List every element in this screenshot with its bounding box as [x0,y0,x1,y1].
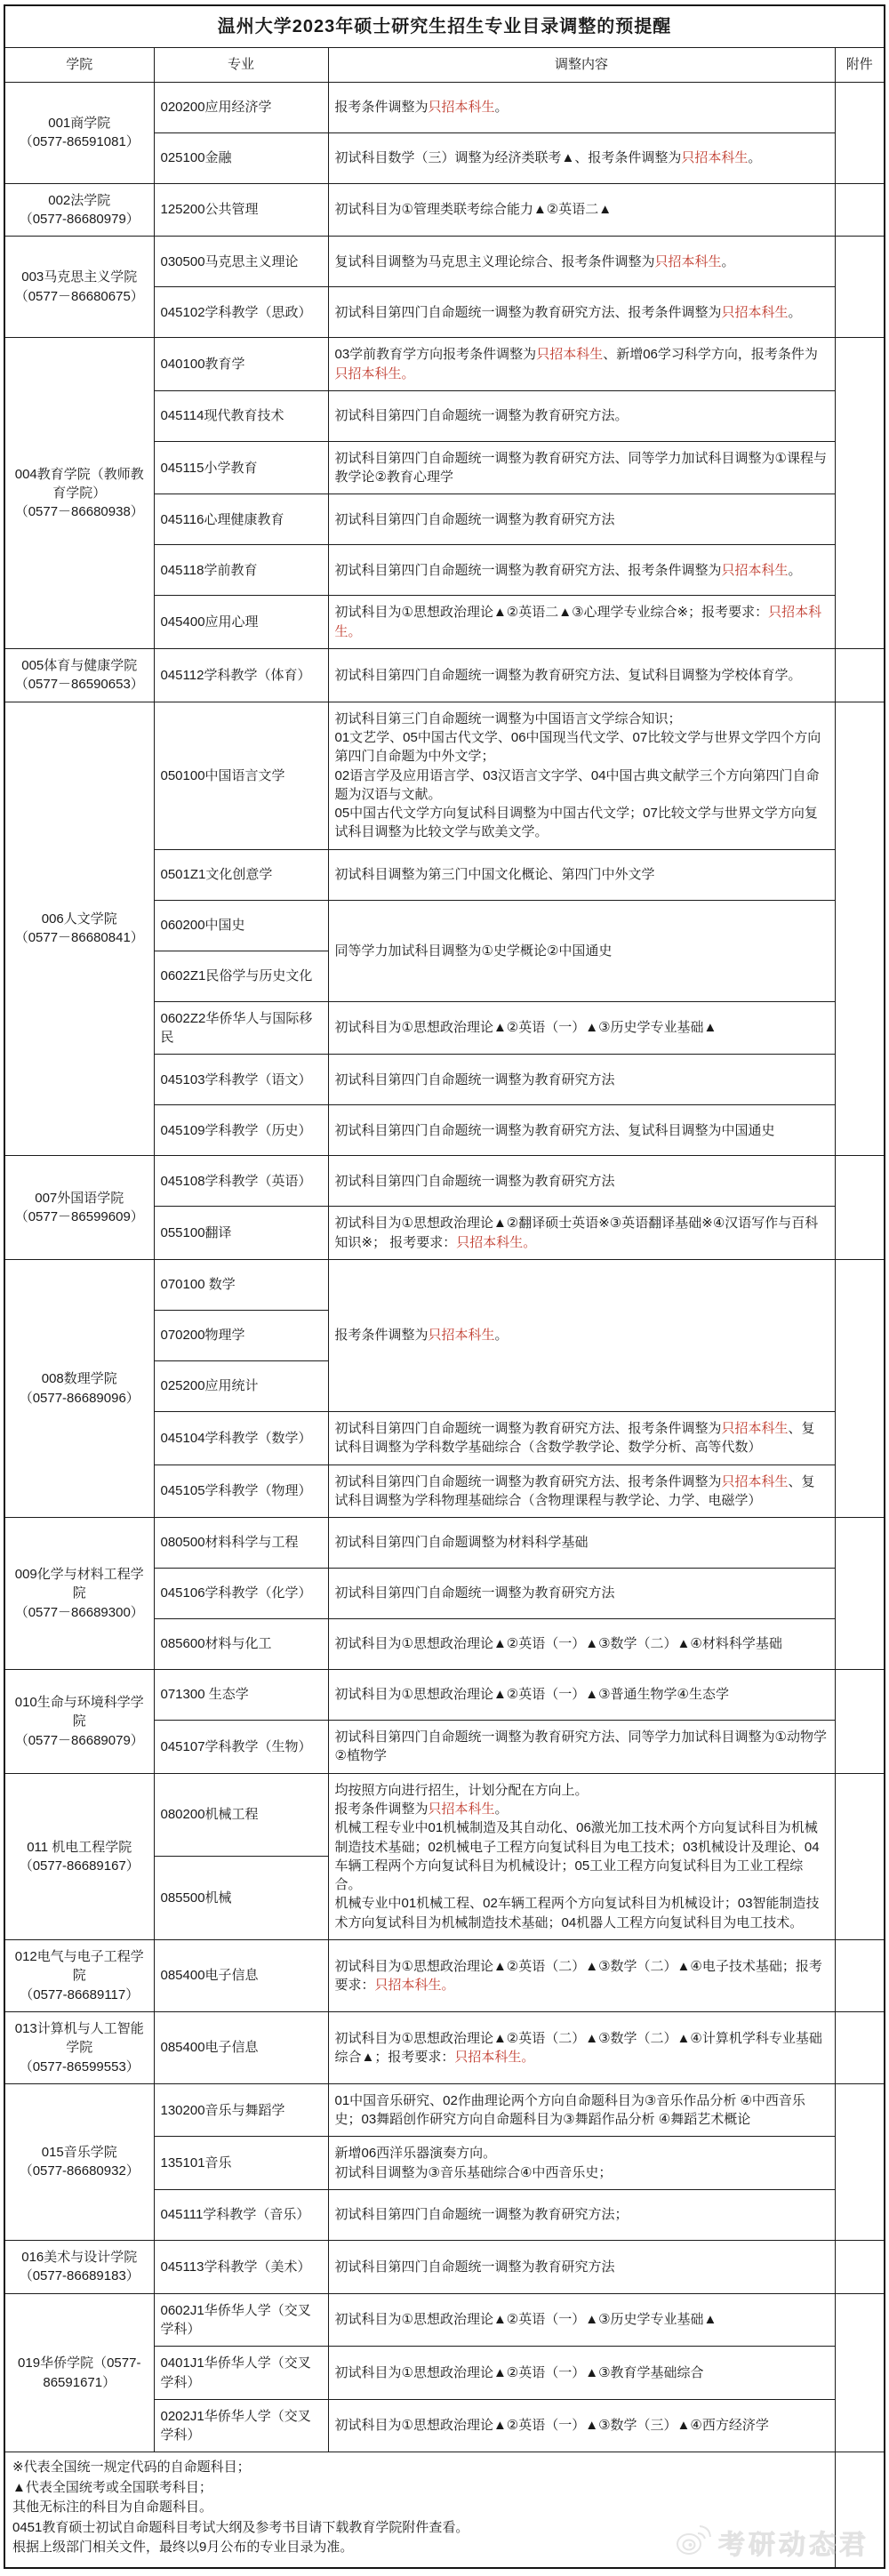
college-cell: 006人文学院 （0577－86680841） [4,702,154,1156]
adjustment-content-cell: 初试科目为①思想政治理论▲②英语二▲③心理学专业综合※；报考要求：只招本科生。 [328,596,835,649]
adjustment-content-cell: 初试科目第四门自命题统一调整为教育研究方法； [328,2190,835,2241]
note-line: 根据上级部门相关文件，最终以9月公布的专业目录为准。 [12,2538,828,2558]
adjustment-content-cell: 初试科目为①思想政治理论▲②英语（一）▲③普通生物学④生态学 [328,1670,835,1721]
highlighted-text: 只招本科生 [655,254,722,269]
major-cell: 070200物理学 [154,1310,328,1360]
table-row: 006人文学院 （0577－86680841）050100中国语言文学初试科目第… [4,702,885,849]
major-cell: 0501Z1文化创意学 [154,849,328,900]
adjustment-content-cell: 初试科目第四门自命题统一调整为教育研究方法 [328,2241,835,2294]
catalog-table: 温州大学2023年硕士研究生招生专业目录调整的预提醒 学院 专业 调整内容 附件… [4,4,885,2569]
column-header-adjustment: 调整内容 [328,48,835,82]
attachment-cell-empty [835,1940,885,2012]
major-cell: 085500机械 [154,1857,328,1940]
footnotes-cell: ※代表全国统一规定代码的自命题科目；▲代表全国统考或全国联考科目；其他无标注的科… [4,2452,835,2568]
adjustment-content-cell: 初试科目第四门自命题统一调整为教育研究方法 [328,1569,835,1619]
table-row: 012电气与电子工程学院 （0577-86689117）085400电子信息初试… [4,1940,885,2012]
table-row: 015音乐学院 （0577-86680932）130200音乐与舞蹈学01中国音… [4,2083,885,2137]
highlighted-text: 只招本科生 [722,1474,789,1489]
major-cell: 085600材料与化工 [154,1619,328,1670]
major-cell: 045111学科教学（音乐） [154,2190,328,2241]
college-cell: 007外国语学院 （0577－86599609） [4,1156,154,1260]
table-row: 002法学院 （0577-86680979）125200公共管理初试科目为①管理… [4,183,885,237]
highlighted-text: 只招本科生 [681,150,748,165]
note-line: 0451教育硕士初试自命题科目考试大纲及参考书目请下载教育学院附件查看。 [12,2518,828,2539]
college-cell: 008数理学院 （0577-86689096） [4,1259,154,1517]
major-cell: 071300 生态学 [154,1670,328,1721]
college-cell: 013计算机与人工智能学院 （0577-86599553） [4,2011,154,2083]
adjustment-content-cell: 新增06西洋乐器演奏方向。 初试科目调整为③音乐基础综合④中西音乐史； [328,2137,835,2190]
attachment-cell-empty [835,237,885,338]
attachment-cell-empty [835,1518,885,1670]
major-cell: 045116心理健康教育 [154,494,328,545]
adjustment-content-cell: 初试科目为①思想政治理论▲②英语（一）▲③历史学专业基础▲ [328,1001,835,1055]
college-cell: 002法学院 （0577-86680979） [4,183,154,237]
adjustment-content-cell: 03学前教育学方向报考条件调整为只招本科生、新增06学习科学方向，报考条件为只招… [328,338,835,391]
major-cell: 130200音乐与舞蹈学 [154,2083,328,2137]
adjustment-content-cell: 初试科目数学（三）调整为经济类联考▲、报考条件调整为只招本科生。 [328,132,835,183]
adjustment-content-cell: 初试科目第四门自命题统一调整为教育研究方法 [328,1055,835,1105]
major-cell: 045107学科教学（生物） [154,1721,328,1774]
major-cell: 045115小学教育 [154,441,328,494]
college-cell: 003马克思主义学院 （0577－86680675） [4,237,154,338]
attachment-cell-empty [835,1156,885,1260]
attachment-cell-empty [835,183,885,237]
adjustment-content-cell: 初试科目第四门自命题统一调整为教育研究方法 [328,494,835,545]
attachment-cell-empty [835,2083,885,2240]
college-cell: 016美术与设计学院 （0577-86689183） [4,2241,154,2294]
college-cell: 009化学与材料工程学院 （0577－86689300） [4,1518,154,1670]
major-cell: 045400应用心理 [154,596,328,649]
adjustment-content-cell: 初试科目第四门自命题统一调整为教育研究方法、报考条件调整为只招本科生。 [328,545,835,596]
adjustment-content-cell: 初试科目为①思想政治理论▲②英语（一）▲③数学（二）▲④材料科学基础 [328,1619,835,1670]
adjustment-content-cell: 初试科目第四门自命题统一调整为教育研究方法、报考条件调整为只招本科生。 [328,287,835,338]
adjustment-content-cell: 初试科目第四门自命题调整为材料科学基础 [328,1518,835,1569]
highlighted-text: 只招本科生 [428,100,495,115]
highlighted-text: 只招本科生 [428,1328,495,1343]
major-cell: 080500材料科学与工程 [154,1518,328,1569]
major-cell: 045106学科教学（化学） [154,1569,328,1619]
college-cell: 019华侨学院（0577- 86591671） [4,2293,154,2452]
major-cell: 045105学科教学（物理） [154,1465,328,1518]
major-cell: 020200应用经济学 [154,82,328,132]
college-cell: 001商学院 （0577-86591081） [4,82,154,183]
column-header-college: 学院 [4,48,154,82]
table-row: 007外国语学院 （0577－86599609）045108学科教学（英语）初试… [4,1156,885,1207]
adjustment-content-cell: 初试科目为①思想政治理论▲②英语（一）▲③教育学基础综合 [328,2347,835,2400]
college-cell: 005体育与健康学院 （0577－86590653） [4,649,154,702]
table-row: 011 机电工程学院 （0577-86689167）080200机械工程均按照方… [4,1773,885,1857]
adjustment-content-cell: 初试科目第四门自命题统一调整为教育研究方法。 [328,390,835,441]
college-cell: 011 机电工程学院 （0577-86689167） [4,1773,154,1939]
major-cell: 135101音乐 [154,2137,328,2190]
table-row: 010生命与环境科学学院 （0577－86689079）071300 生态学初试… [4,1670,885,1721]
major-cell: 0202J1华侨华人学（交叉学科） [154,2399,328,2452]
table-row: 008数理学院 （0577-86689096）070100 数学报考条件调整为只… [4,1259,885,1310]
major-cell: 0401J1华侨华人学（交叉学科） [154,2347,328,2400]
table-row: 013计算机与人工智能学院 （0577-86599553）085400电子信息初… [4,2011,885,2083]
major-cell: 040100教育学 [154,338,328,391]
table-header-row: 学院 专业 调整内容 附件 [4,48,885,82]
table-row: 009化学与材料工程学院 （0577－86689300）080500材料科学与工… [4,1518,885,1569]
major-cell: 085400电子信息 [154,1940,328,2012]
major-cell: 025200应用统计 [154,1360,328,1411]
attachment-cell-empty [835,702,885,1156]
attachment-cell-empty [835,1670,885,1774]
column-header-major: 专业 [154,48,328,82]
adjustment-content-cell: 初试科目第四门自命题统一调整为教育研究方法、复试科目调整为中国通史 [328,1105,835,1156]
adjustment-content-cell: 初试科目为①思想政治理论▲②英语（二）▲③数学（二）▲④电子技术基础；报考要求：… [328,1940,835,2012]
table-row: 004教育学院（教师教育学院） （0577－86680938）040100教育学… [4,338,885,391]
note-line: ※代表全国统一规定代码的自命题科目； [12,2458,828,2478]
highlighted-text: 只招本科生。 [454,2050,534,2065]
adjustment-content-cell: 初试科目为①思想政治理论▲②翻译硕士英语※③英语翻译基础※④汉语写作与百科知识※… [328,1207,835,1260]
major-cell: 045103学科教学（语文） [154,1055,328,1105]
table-row: 019华侨学院（0577- 86591671）0602J1华侨华人学（交叉学科）… [4,2293,885,2347]
adjustment-content-cell: 报考条件调整为只招本科生。 [328,1259,835,1411]
major-cell: 045113学科教学（美术） [154,2241,328,2294]
major-cell: 045104学科教学（数学） [154,1411,328,1465]
attachment-cell-empty [835,2241,885,2294]
major-cell: 050100中国语言文学 [154,702,328,849]
major-cell: 045108学科教学（英语） [154,1156,328,1207]
table-row: 001商学院 （0577-86591081）020200应用经济学报考条件调整为… [4,82,885,132]
attachment-cell-empty [835,1773,885,1939]
attachment-cell-empty [835,649,885,702]
table-row: 005体育与健康学院 （0577－86590653）045112学科教学（体育）… [4,649,885,702]
adjustment-content-cell: 初试科目第四门自命题统一调整为教育研究方法、同等学力加试科目调整为①动物学②植物… [328,1721,835,1774]
major-cell: 0602J1华侨华人学（交叉学科） [154,2293,328,2347]
attachment-cell-empty [835,2452,885,2568]
table-row: 016美术与设计学院 （0577-86689183）045113学科教学（美术）… [4,2241,885,2294]
adjustment-content-cell: 初试科目第四门自命题统一调整为教育研究方法、复试科目调整为学校体育学。 [328,649,835,702]
major-cell: 125200公共管理 [154,183,328,237]
major-cell: 045112学科教学（体育） [154,649,328,702]
highlighted-text: 只招本科生 [722,305,789,320]
major-cell: 045114现代教育技术 [154,390,328,441]
highlighted-text: 只招本科生 [536,347,603,362]
adjustment-content-cell: 初试科目为①管理类联考综合能力▲②英语二▲ [328,183,835,237]
attachment-cell-empty [835,2293,885,2452]
attachment-cell-empty [835,338,885,649]
adjustment-content-cell: 初试科目第四门自命题统一调整为教育研究方法 [328,1156,835,1207]
highlighted-text: 只招本科生。 [375,1978,455,1993]
highlighted-text: 只招本科生 [722,1421,789,1436]
major-cell: 045102学科教学（思政） [154,287,328,338]
adjustment-content-cell: 初试科目第四门自命题统一调整为教育研究方法、报考条件调整为只招本科生、复试科目调… [328,1465,835,1518]
major-cell: 080200机械工程 [154,1773,328,1857]
note-line: 其他无标注的科目为自命题科目。 [12,2498,828,2518]
footnotes-row: ※代表全国统一规定代码的自命题科目；▲代表全国统考或全国联考科目；其他无标注的科… [4,2452,885,2568]
highlighted-text: 只招本科生 [428,1802,495,1817]
page-title: 温州大学2023年硕士研究生招生专业目录调整的预提醒 [4,5,885,48]
major-cell: 060200中国史 [154,900,328,951]
highlighted-text: 只招本科生。 [456,1235,536,1250]
college-cell: 004教育学院（教师教育学院） （0577－86680938） [4,338,154,649]
adjustment-content-cell: 同等学力加试科目调整为①史学概论②中国通史 [328,900,835,1001]
college-cell: 012电气与电子工程学院 （0577-86689117） [4,1940,154,2012]
attachment-cell-empty [835,82,885,183]
attachment-cell-empty [835,2011,885,2083]
major-cell: 085400电子信息 [154,2011,328,2083]
attachment-cell-empty [835,1259,885,1517]
note-line: ▲代表全国统考或全国联考科目； [12,2478,828,2499]
adjustment-content-cell: 初试科目调整为第三门中国文化概论、第四门中外文学 [328,849,835,900]
page: 温州大学2023年硕士研究生招生专业目录调整的预提醒 学院 专业 调整内容 附件… [0,0,889,2576]
major-cell: 045118学前教育 [154,545,328,596]
adjustment-content-cell: 初试科目第四门自命题统一调整为教育研究方法、报考条件调整为只招本科生、复试科目调… [328,1411,835,1465]
major-cell: 025100金融 [154,132,328,183]
major-cell: 0602Z2华侨华人与国际移民 [154,1001,328,1055]
major-cell: 045109学科教学（历史） [154,1105,328,1156]
major-cell: 055100翻译 [154,1207,328,1260]
table-row: 003马克思主义学院 （0577－86680675）030500马克思主义理论复… [4,237,885,287]
adjustment-content-cell: 复试科目调整为马克思主义理论综合、报考条件调整为只招本科生。 [328,237,835,287]
adjustment-content-cell: 均按照方向进行招生，计划分配在方向上。 报考条件调整为只招本科生。 机械工程专业… [328,1773,835,1939]
major-cell: 030500马克思主义理论 [154,237,328,287]
adjustment-content-cell: 初试科目第四门自命题统一调整为教育研究方法、同等学力加试科目调整为①课程与教学论… [328,441,835,494]
adjustment-content-cell: 01中国音乐研究、02作曲理论两个方向自命题科目为③音乐作品分析 ④中西音乐史；… [328,2083,835,2137]
highlighted-text: 只招本科生。 [335,366,415,381]
adjustment-content-cell: 初试科目第三门自命题统一调整为中国语言文学综合知识； 01文艺学、05中国古代文… [328,702,835,849]
adjustment-content-cell: 初试科目为①思想政治理论▲②英语（一）▲③数学（三）▲④西方经济学 [328,2399,835,2452]
adjustment-content-cell: 报考条件调整为只招本科生。 [328,82,835,132]
highlighted-text: 只招本科生 [722,563,789,578]
major-cell: 070100 数学 [154,1259,328,1310]
adjustment-content-cell: 初试科目为①思想政治理论▲②英语（一）▲③历史学专业基础▲ [328,2293,835,2347]
major-cell: 0602Z1民俗学与历史文化 [154,951,328,1001]
college-cell: 010生命与环境科学学院 （0577－86689079） [4,1670,154,1774]
column-header-attachment: 附件 [835,48,885,82]
college-cell: 015音乐学院 （0577-86680932） [4,2083,154,2240]
adjustment-content-cell: 初试科目为①思想政治理论▲②英语（二）▲③数学（二）▲④计算机学科专业基础综合▲… [328,2011,835,2083]
